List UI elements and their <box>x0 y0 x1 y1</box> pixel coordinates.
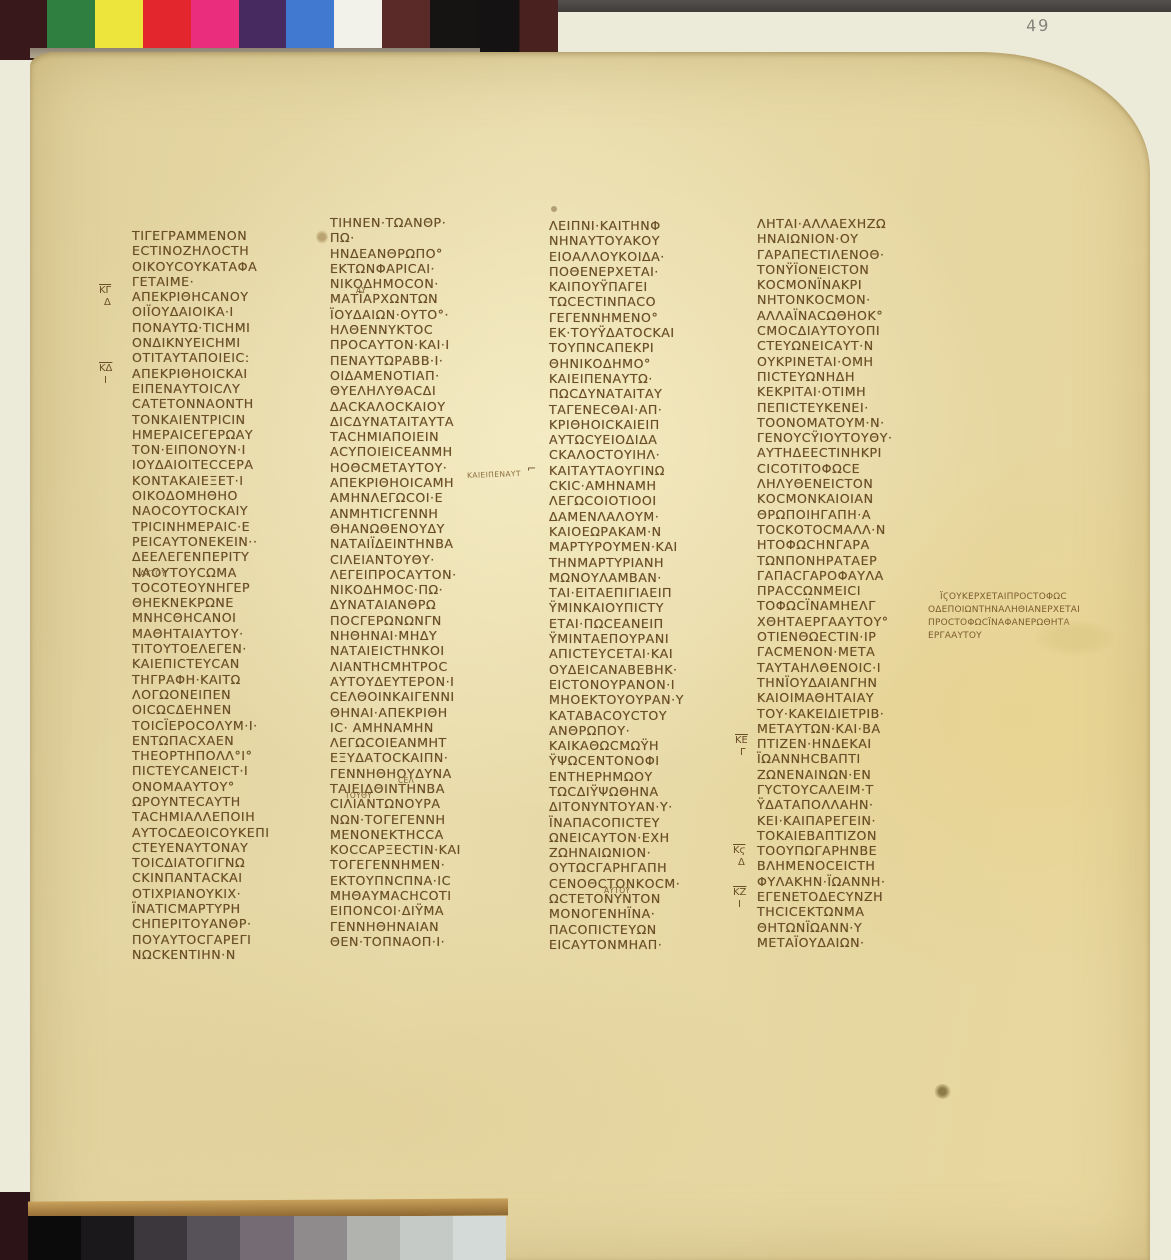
ms-line: CΗΠΕΡΙΤΟΥΑΝΘΡ· <box>132 916 337 931</box>
ms-line: ΚΑΙΟΙΜΑΘΗΤΑΙΑΥ <box>757 690 962 705</box>
ms-line: ΑΠΙCΤΕΥCΕΤΑΙ·ΚΑΙ <box>549 646 754 661</box>
ms-line: ΓΕΝΝΗΘΗΝΑΙΑΝ <box>330 919 535 934</box>
backdrop-band <box>556 0 1171 12</box>
ms-line: ΤΗCΙCΕΚΤΩΝΜΑ <box>757 904 962 919</box>
ms-line: ΤΟCΟΤΕΟΥΝΗΓΕΡ <box>132 580 337 595</box>
ms-line: ΒΛΗΜΕΝΟCΕΙCΤΗ <box>757 858 962 873</box>
ms-line: ΕΤΑΙ·ΠΩCΕΑΝΕΙΠ <box>549 616 754 631</box>
ms-line: ΘΗΤΩΝΪΩΑΝΝ·Υ <box>757 920 962 935</box>
ms-line: ΤΩCΕCΤΙΝΠΑCΟ <box>549 294 754 309</box>
magenta-swatch <box>191 0 239 52</box>
ms-line: ΑΠΕΚΡΙΘΗΟΙCΚΑΙ <box>132 366 337 381</box>
eusebian-mark-3: ΚΕ Γ <box>735 735 748 759</box>
ms-line: ΠΟΥΑΥΤΟCΓΑΡΕΓΙ <box>132 932 337 947</box>
ms-line: CΙΛΕΙΑΝΤΟΥΘΥ· <box>330 552 535 567</box>
ms-line: ΟΤΙΧΡΙΑΝΟΥΚΙΧ· <box>132 886 337 901</box>
ms-line: ΫΜΙΝΚΑΙΟΥΠΙCΤΥ <box>549 600 754 615</box>
ms-line: ΖΩΝΕΝΑΙΝΩΝ·ΕΝ <box>757 767 962 782</box>
eusebian-mark-5: ΚΖ Ι <box>733 887 746 911</box>
ms-line: ΘΡΩΠΟΙΗΓΑΠΗ·Α <box>757 507 962 522</box>
ms-line: ΜΕΤΑΥΤΩΝ·ΚΑΙ·ΒΑ <box>757 721 962 736</box>
ms-line: ΚΑΙΕΙΠΕΝΑΥΤΩ· <box>549 371 754 386</box>
ms-line: ΕΞΥΔΑΤΟCΚΑΙΠΝ· <box>330 750 535 765</box>
ms-line: ΤΩΝΠΟΝΗΡΑΤΑΕΡ <box>757 553 962 568</box>
ms-line: ΕΓΕΝΕΤΟΔΕCΥΝΖΗ <box>757 889 962 904</box>
ms-line: ΤΟΚΑΙΕΒΑΠΤΙΖΟΝ <box>757 828 962 843</box>
ms-line: ΚΑΙΚΑΘΩCΜΩΫΗ <box>549 738 754 753</box>
ms-line: ΚΟCΜΟΝΚΑΙΟΙΑΝ <box>757 491 962 506</box>
ms-line: ΠΙCΤΕΥCΑΝΕΙCΤ·Ι <box>132 763 337 778</box>
ms-line: ΚΟCΜΟΝΪΝΑΚΡΙ <box>757 277 962 292</box>
ms-line: ΓΑΠΑCΓΑΡΟΦΑΥΛΑ <box>757 568 962 583</box>
ms-line: ΡΕΙCΑΥΤΟΝΕΚΕΙΝ·· <box>132 534 337 549</box>
ms-line: ΕΝΤΩΠΑCΧΑΕΝ <box>132 733 337 748</box>
ms-line: ΤΗΕΟΡΤΗΠΟΛΛ°Ι° <box>132 748 337 763</box>
color-calibration-bar <box>47 0 478 52</box>
ms-line: ΪΩΑΝΝΗCΒΑΠΤΙ <box>757 751 962 766</box>
eusebian-canon: Γ <box>740 747 748 759</box>
ms-line: ΚΑΤΑΒΑCΟΥCΤΟΥ <box>549 708 754 723</box>
ms-line: ΔΑΜΕΝΛΑΛΟΥΜ· <box>549 509 754 524</box>
green-swatch <box>47 0 95 52</box>
ms-line: ΗΜΕΡΑΙCΕΓΕΡΩΑΥ <box>132 427 337 442</box>
eusebian-number: ΚΕ <box>735 735 748 747</box>
ms-line: ΝΑΤΑΙΕΙCΤΗΝΚΟΙ <box>330 643 535 658</box>
ms-line: ΚΕΚΡΙΤΑΙ·ΟΤΙΜΗ <box>757 384 962 399</box>
ms-line: ΤΑΥΤΑΗΛΘΕΝΟΙC·Ι <box>757 660 962 675</box>
ms-line: ΓΕΝΝΗΘΗΟΥΔΥΝΑ <box>330 766 535 781</box>
ms-line: ΘΗΕΚΝΕΚΡΩΝΕ <box>132 595 337 610</box>
ms-line: CΜΟCΔΙΑΥΤΟΥΟΠΙ <box>757 323 962 338</box>
ms-line: ΤΟΝΚΑΙΕΝΤΡΙCΙΝ <box>132 412 337 427</box>
gray-swatch <box>347 1216 400 1260</box>
ms-line: ΗΝΔΕΑΝΘΡΩΠΟ° <box>330 246 535 261</box>
ms-line: CΑΤΕΤΟΝΝΑΟΝΤΗ <box>132 396 337 411</box>
blue-swatch <box>286 0 334 52</box>
ms-line: ΑΥΤΟCΔΕΟΙCΟΥΚΕΠΙ <box>132 825 337 840</box>
ms-line: ΠΟΝΑΥΤΩ·ΤΙCΗΜΙ <box>132 320 337 335</box>
ms-line: ΤΑCΗΜΙΑΠΟΙΕΙΝ <box>330 429 535 444</box>
ms-line: ΟΤΙΤΑΥΤΑΠΟΙΕΙC: <box>132 350 337 365</box>
paragraph-hook-mark: ⌐ <box>527 462 536 475</box>
ms-line: ΑΥΤΩCΥΕΙΟΔΙΔΑ <box>549 432 754 447</box>
ms-line: ΩΝΕΙCΑΥΤΟΝ·ΕΧΗ <box>549 830 754 845</box>
film-edge-bottom-left <box>0 1192 30 1260</box>
ms-line: ΪΟΥΔΑΙΩΝ·ΟΥΤΟ°· <box>330 307 535 322</box>
black-swatch <box>430 0 478 52</box>
gray-swatch <box>400 1216 453 1260</box>
ms-line: ΤΟΙCΔΙΑΤΟΓΙΓΝΩ <box>132 855 337 870</box>
ms-line: ΤΙΓΕΓΡΑΜΜΕΝΟΝ <box>132 228 337 243</box>
ms-line: ΙΟΥΔΑΙΟΙΤΕCCΕΡΑ <box>132 457 337 472</box>
ms-line: ΑΥΤΗΔΕΕCΤΙΝΗΚΡΙ <box>757 445 962 460</box>
ms-line: ΤΟΓΕΓΕΝΝΗΜΕΝ· <box>330 857 535 872</box>
ms-line: ΕΙΠΟΝCΟΙ·ΔΙΫΜΑ <box>330 903 535 918</box>
ms-line: ΓΕΓΕΝΝΗΜΕΝΟ° <box>549 310 754 325</box>
ms-line: ΠΩCΔΥΝΑΤΑΙΤΑΥ <box>549 386 754 401</box>
text-column-2: ΤΙΗΝΕΝ·ΤΩΑΝΘΡ·ΠΩ·ΗΝΔΕΑΝΘΡΩΠΟ°ΕΚΤΩΝΦΑΡΙCΑ… <box>330 215 535 949</box>
ms-line: ΤΙΗΝΕΝ·ΤΩΑΝΘΡ· <box>330 215 535 230</box>
ms-line: ΠΩ· <box>330 230 535 245</box>
eusebian-canon: Δ <box>104 297 111 309</box>
purple-swatch <box>239 0 287 52</box>
eusebian-mark-1: ΚΓ Δ <box>99 285 111 309</box>
ms-line: ΤΟΝΫΪΟΝΕΙCΤΟΝ <box>757 262 962 277</box>
ms-line: ΤΟΙCΪΕΡΟCΟΛΥΜ·Ι· <box>132 718 337 733</box>
ms-line: ΜΑΡΤΥΡΟΥΜΕΝ·ΚΑΙ <box>549 539 754 554</box>
ms-line: ΗΛΘΕΝΝΥΚΤΟC <box>330 322 535 337</box>
ms-line: ΚΟCCΑΡΞΕCΤΙΝ·ΚΑΙ <box>330 842 535 857</box>
ink-stain <box>934 1084 951 1099</box>
ms-line: ΜΗΟΕΚΤΟΥΟΥΡΑΝ·Υ <box>549 692 754 707</box>
ms-line: ΝΗΤΟΝΚΟCΜΟΝ· <box>757 292 962 307</box>
ms-line: ΦΥΛΑΚΗΝ·ΪΩΑΝΝΗ· <box>757 874 962 889</box>
gray-swatch <box>240 1216 293 1260</box>
ms-line: ΕΚΤΩΝΦΑΡΙCΑΙ· <box>330 261 535 276</box>
ms-line: CΤΕΥΩΝΕΙCΑΥΤ·Ν <box>757 338 962 353</box>
ms-line: ΟΝΟΜΑΑΥΤΟΥ° <box>132 779 337 794</box>
ms-line: ΑCΥΠΟΙΕΙCΕΑΝΜΗ <box>330 444 535 459</box>
eusebian-number: Κϛ <box>733 845 745 857</box>
ms-line: ΚΟΝΤΑΚΑΙΕΞΕΤ·Ι <box>132 473 337 488</box>
ms-line: ΛΕΙΠΝΙ·ΚΑΙΤΗΝΦ <box>549 218 754 233</box>
marginal-note-column2: ΚΑΙΕΙΠΕΝΑΥΤ <box>467 469 521 480</box>
ms-line: ΕCΤΙΝΟΖΗΛΟCΤΗ <box>132 243 337 258</box>
ms-line: ΚΕΙ·ΚΑΙΠΑΡΕΓΕΙΝ· <box>757 813 962 828</box>
ms-line: ΤΗΝΪΟΥΔΑΙΑΝΓΗΝ <box>757 675 962 690</box>
ms-line: ΗΤΟΦΩCΗΝΓΑΡΑ <box>757 537 962 552</box>
eusebian-number: ΚΓ <box>99 285 111 297</box>
ms-line: ΔΕΕΛΕΓΕΝΠΕΡΙΤΥ <box>132 549 337 564</box>
manuscript-photograph: 49 ΤΙΓΕΓΡΑΜΜΕΝΟΝΕCΤΙΝΟΖΗΛΟCΤΗΟΙΚΟΥCΟΥΚΑΤ… <box>0 0 1171 1260</box>
ms-line: ΫΜΙΝΤΑΕΠΟΥΡΑΝΙ <box>549 631 754 646</box>
eusebian-number: ΚΔ <box>99 363 112 375</box>
ms-line: ΘΗΑΝΩΘΕΝΟΥΔΥ <box>330 521 535 536</box>
text-column-1: ΤΙΓΕΓΡΑΜΜΕΝΟΝΕCΤΙΝΟΖΗΛΟCΤΗΟΙΚΟΥCΟΥΚΑΤΑΦΑ… <box>132 228 337 962</box>
film-edge-corner <box>478 0 558 56</box>
ms-line: ΜΑΘΗΤΑΙΑΥΤΟΥ· <box>132 626 337 641</box>
ms-line: ΔΥΝΑΤΑΙΑΝΘΡΩ <box>330 597 535 612</box>
ms-line: ΪΝΑΠΑCΟΠΙCΤΕΥ <box>549 815 754 830</box>
ms-line: ΕΚ·ΤΟΥΫΔΑΤΟCΚΑΙ <box>549 325 754 340</box>
ms-line: ΕΙCΑΥΤΟΝΜΗΑΠ· <box>549 937 754 952</box>
ms-line: ΓΑCΜΕΝΟΝ·ΜΕΤΑ <box>757 644 962 659</box>
ms-line: CΚΙΝΠΑΝΤΑCΚΑΙ <box>132 870 337 885</box>
ms-line: ΛΟΓΩΟΝΕΙΠΕΝ <box>132 687 337 702</box>
gray-swatch <box>453 1216 506 1260</box>
ms-line: ΠΟΘΕΝΕΡΧΕΤΑΙ· <box>549 264 754 279</box>
ms-line: ΑΥΤΟΥΔΕΥΤΕΡΟΝ·Ι <box>330 674 535 689</box>
interlinear-correction: ΑΥΤΟΥ <box>604 886 630 895</box>
ms-line: ΠΙCΤΕΥΩΝΗΔΗ <box>757 369 962 384</box>
ms-line: ΤΙΤΟΥΤΟΕΛΕΓΕΝ· <box>132 641 337 656</box>
ms-line: ΑΝΘΡΩΠΟΥ· <box>549 723 754 738</box>
ms-line: CΤΕΥΕΝΑΥΤΟΝΑΥ <box>132 840 337 855</box>
ms-line: ΔΙΤΟΝΥΝΤΟΥΑΝ·Υ· <box>549 799 754 814</box>
ms-line: ΩCΤΕΤΟΝΥΝΤΟΝ <box>549 891 754 906</box>
ms-line: ΑΠΕΚΡΙΘΗCΑΝΟΥ <box>132 289 337 304</box>
yellow-swatch <box>95 0 143 52</box>
ms-line: CΕΛΘΟΙΝΚΑΙΓΕΝΝΙ <box>330 689 535 704</box>
ms-line: ΤΗΓΡΑΦΗ·ΚΑΙΤΩ <box>132 672 337 687</box>
ms-line: ΚΡΙΘΗΟΙCΚΑΙΕΙΠ <box>549 417 754 432</box>
ms-line: CΚΑΛΟCΤΟΥΙΗΛ· <box>549 447 754 462</box>
grayscale-calibration-bar <box>28 1216 506 1260</box>
ms-line: ΘΕΝ·ΤΟΠΝΑΟΠ·Ι· <box>330 934 535 949</box>
ms-line: ΘΥΕΛΗΛΥΘΑCΔΙ <box>330 383 535 398</box>
ms-line: ΝΩCΚΕΝΤΙΗΝ·Ν <box>132 947 337 962</box>
ms-line: ΘΗΝΙΚΟΔΗΜΟ° <box>549 356 754 371</box>
ms-line: ΕΚΤΟΥΠΝCΠΝΑ·ΙC <box>330 873 535 888</box>
ms-line: CΕΝΟΘCΤΟΝΚΟCΜ· <box>549 876 754 891</box>
parchment-discoloration <box>1035 620 1115 656</box>
gray-swatch <box>28 1216 81 1260</box>
ms-line: ΟΙΪΟΥΔΑΙΟΙΚΑ·Ι <box>132 304 337 319</box>
ms-line: ΠΕΝΑΥΤΩΡΑΒΒ·Ι· <box>330 353 535 368</box>
maroon-swatch <box>382 0 430 52</box>
interlinear-correction: CΕΛ <box>398 776 414 785</box>
ms-line: ΪϚΟΥΚΕΡΧΕΤΑΙΠΡΟCΤΟΦΩC <box>940 591 1080 604</box>
ms-line: ΟΙCΩCΔΕΗΝΕΝ <box>132 702 337 717</box>
eusebian-mark-2: ΚΔ Ι <box>99 363 112 387</box>
ms-line: ΝΑΟCΟΥΤΟCΚΑΙΥ <box>132 503 337 518</box>
ms-line: CΚΙC·ΑΜΗΝΑΜΗ <box>549 478 754 493</box>
ms-line: ΩΡΟΥΝΤΕCΑΥΤΗ <box>132 794 337 809</box>
ms-line: ΝΗΝΑΥΤΟΥΑΚΟΥ <box>549 233 754 248</box>
text-column-3: ΛΕΙΠΝΙ·ΚΑΙΤΗΝΦΝΗΝΑΥΤΟΥΑΚΟΥΕΙΟΑΛΛΟΥΚΟΙΔΑ·… <box>549 218 754 952</box>
ms-line: ΫΔΑΤΑΠΟΛΛΑΗΝ· <box>757 797 962 812</box>
ms-line: ΛΙΑΝΤΗCΜΗΤΡΟC <box>330 659 535 674</box>
ms-line: ΜΝΗCΘΗCΑΝΟΙ <box>132 610 337 625</box>
ms-line: ΛΕΓΩCΟΙΟΤΙΟΟΙ <box>549 493 754 508</box>
ms-line: ΤΑΙ·ΕΙΤΑΕΠΙΓΙΑΕΙΠ <box>549 585 754 600</box>
gray-swatch <box>134 1216 187 1260</box>
ms-line: ΟΥΚΡΙΝΕΤΑΙ·ΟΜΗ <box>757 354 962 369</box>
ms-line: ΝΗΘΗΝΑΙ·ΜΗΔΥ <box>330 628 535 643</box>
ms-line: ΕΝΤΗΕΡΗΜΩΟΥ <box>549 769 754 784</box>
gray-swatch <box>81 1216 134 1260</box>
ms-line: ΑΜΗΝΛΕΓΩCΟΙ·Ε <box>330 490 535 505</box>
ms-line: ΟΙΚΟΔΟΜΗΘΗΟ <box>132 488 337 503</box>
ms-line: ΛΗΤΑΙ·ΑΛΛΑΕΧΗΖΩ <box>757 216 962 231</box>
gray-swatch <box>294 1216 347 1260</box>
ms-line: ΑΛΛΑΪΝΑCΩΘΗΟΚ° <box>757 308 962 323</box>
ms-line: ΠΕΠΙCΤΕΥΚΕΝΕΙ· <box>757 400 962 415</box>
eusebian-canon: Ι <box>104 375 112 387</box>
ms-line: ΝΑΤΑΙΪΔΕΙΝΤΗΝΒΑ <box>330 536 535 551</box>
interlinear-correction: ΑΥ <box>356 286 366 295</box>
ms-line: ΤΡΙCΙΝΗΜΕΡΑΙC·Ε <box>132 519 337 534</box>
ms-line: ΠΑCΟΠΙCΤΕΥΩΝ <box>549 922 754 937</box>
ms-line: ΓΥCΤΟΥCΑΛΕΙΜ·Τ <box>757 782 962 797</box>
ms-line: ΛΕΓΕΙΠΡΟCΑΥΤΟΝ· <box>330 567 535 582</box>
red-swatch <box>143 0 191 52</box>
ms-line: ΟΝΔΙΚΝΥΕΙCΗΜΙ <box>132 335 337 350</box>
gray-swatch <box>187 1216 240 1260</box>
ms-line: ΕΙCΤΟΝΟΥΡΑΝΟΝ·Ι <box>549 677 754 692</box>
ms-line: ΤΑCΗΜΙΑΛΛΕΠΟΙΗ <box>132 809 337 824</box>
ms-line: ΔΙCΔΥΝΑΤΑΙΤΑΥΤΑ <box>330 414 535 429</box>
ink-stain <box>316 230 328 244</box>
ms-line: ΫΨΩCΕΝΤΟΝΟΦΙ <box>549 753 754 768</box>
ms-line: ΟΔΕΠΟΙΩΝΤΗΝΑΛΗΘΙΑΝΕΡΧΕΤΑΙ <box>928 604 1080 617</box>
ms-line: ΑΝΜΗΤΙCΓΕΝΝΗ <box>330 506 535 521</box>
ms-line: ΔΑCΚΑΛΟCΚΑΙΟΥ <box>330 399 535 414</box>
ms-line: ΜΟΝΟΓΕΝΗΪΝΑ· <box>549 906 754 921</box>
ms-line: ΕΙΟΑΛΛΟΥΚΟΙΔΑ· <box>549 249 754 264</box>
ms-line: ΚΑΙΠΟΥΫΠΑΓΕΙ <box>549 279 754 294</box>
ms-line: ΕΙΠΕΝΑΥΤΟΙCΛΥ <box>132 381 337 396</box>
ms-line: ΟΥΤΩCΓΑΡΗΓΑΠΗ <box>549 860 754 875</box>
ms-line: ΙC· ΑΜΗΝΑΜΗΝ <box>330 720 535 735</box>
ms-line: ΤΟΟΥΠΩΓΑΡΗΝΒΕ <box>757 843 962 858</box>
ms-line: ΤΟCΚΟΤΟCΜΑΛΛ·Ν <box>757 522 962 537</box>
ms-line: ΓΑΡΑΠΕCΤΙΛΕΝΟΘ· <box>757 247 962 262</box>
ms-line: ΠΤΙΖΕΝ·ΗΝΔΕΚΑΙ <box>757 736 962 751</box>
ms-line: ΓΕΝΟΥCΫΙΟΥΤΟΥΘΥ· <box>757 430 962 445</box>
ms-line: ΚΑΙΤΑΥΤΑΟΥΓΙΝΩ <box>549 463 754 478</box>
ms-line: ΓΕΤΑΙΜΕ· <box>132 274 337 289</box>
ms-line: ΗΝΑΙΩΝΙΟΝ·ΟΥ <box>757 231 962 246</box>
ms-line: ΚΑΙΕΠΙCΤΕΥCΑΝ <box>132 656 337 671</box>
ms-line: ΟΙΚΟΥCΟΥΚΑΤΑΦΑ <box>132 259 337 274</box>
ms-line: ΖΩΗΝΑΙΩΝΙΟΝ· <box>549 845 754 860</box>
ms-line: ΘΗΝΑΙ·ΑΠΕΚΡΙΘΗ <box>330 705 535 720</box>
ms-line: ΜΩΝΟΥΛΑΜΒΑΝ· <box>549 570 754 585</box>
ms-line: ΝΙΚΟΔΗΜΟC·ΠΩ· <box>330 582 535 597</box>
ms-line: CΙCΟΤΙΤΟΦΩCΕ <box>757 461 962 476</box>
ms-line: ΤΩCΔΙΫΨΩΘΗΝΑ <box>549 784 754 799</box>
eusebian-canon: Ι <box>738 899 746 911</box>
ms-line: ΜΕΝΟΝΕΚΤΗCCΑ <box>330 827 535 842</box>
ms-line: ΛΕΓΩCΟΙΕΑΝΜΗΤ <box>330 735 535 750</box>
ms-line: ΤΟΥΠΝCΑΠΕΚΡΙ <box>549 340 754 355</box>
ms-line: ΤΑΓΕΝΕCΘΑΙ·ΑΠ· <box>549 402 754 417</box>
interlinear-correction: ΑΥΤΟΥ <box>140 569 166 578</box>
ms-line: ΪΝΑΤΙCΜΑΡΤΥΡΗ <box>132 901 337 916</box>
eusebian-number: ΚΖ <box>733 887 746 899</box>
ink-stain <box>551 206 557 212</box>
ms-line: ΟΥΔΕΙCΑΝΑΒΕΒΗΚ· <box>549 662 754 677</box>
ms-line: ΜΗΘΑΥΜΑCΗCΟΤΙ <box>330 888 535 903</box>
ms-line: ΟΙΔΑΜΕΝΟΤΙΑΠ· <box>330 368 535 383</box>
ms-line: ΠΡΟCΑΥΤΟΝ·ΚΑΙ·Ι <box>330 337 535 352</box>
ms-line: ΤΟΝ·ΕΙΠΟΝΟΥΝ·Ι <box>132 442 337 457</box>
page-number: 49 <box>1026 16 1051 36</box>
ms-line: ΤΗΝΜΑΡΤΥΡΙΑΝΗ <box>549 555 754 570</box>
ms-line: ΠΟCΓΕΡΩΝΩΝΓΝ <box>330 613 535 628</box>
ms-line: ΜΕΤΑΪΟΥΔΑΙΩΝ· <box>757 935 962 950</box>
ms-line: ΛΗΛΥΘΕΝΕΙCΤΟΝ <box>757 476 962 491</box>
eusebian-mark-4: Κϛ Δ <box>733 845 745 869</box>
ms-line: ΚΑΙΟΕΩΡΑΚΑΜ·Ν <box>549 524 754 539</box>
ms-line: ΤΟΟΝΟΜΑΤΟΥΜ·Ν· <box>757 415 962 430</box>
text-column-4: ΛΗΤΑΙ·ΑΛΛΑΕΧΗΖΩΗΝΑΙΩΝΙΟΝ·ΟΥΓΑΡΑΠΕCΤΙΛΕΝΟ… <box>757 216 962 950</box>
interlinear-correction: ΤΟΥΘΥ <box>345 791 372 800</box>
ms-line: ΤΟΥ·ΚΑΚΕΙΔΙΕΤΡΙΒ· <box>757 706 962 721</box>
white-swatch <box>334 0 382 52</box>
eusebian-canon: Δ <box>738 857 745 869</box>
ms-line: ΝΩΝ·ΤΟΓΕΓΕΝΝΗ <box>330 812 535 827</box>
